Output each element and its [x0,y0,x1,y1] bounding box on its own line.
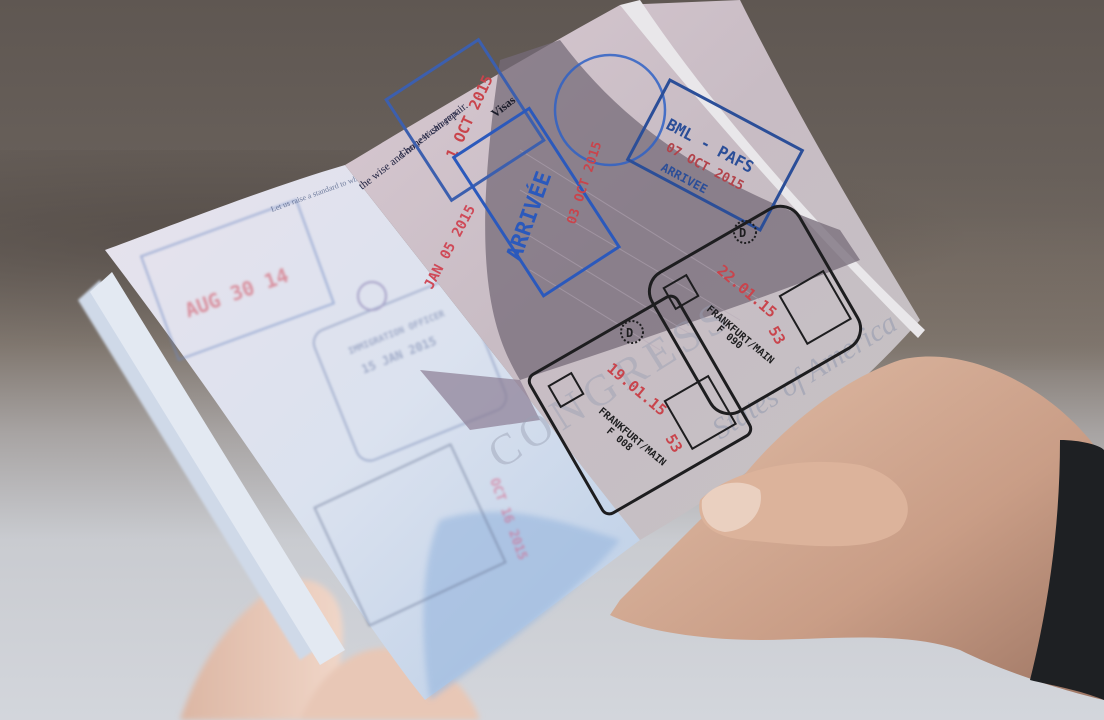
svg-text:D: D [739,226,746,240]
passport-scene: AUG 30 14 IMMIGRATION OFFICER 15 JAN 201… [0,0,1104,720]
svg-text:D: D [626,326,633,340]
